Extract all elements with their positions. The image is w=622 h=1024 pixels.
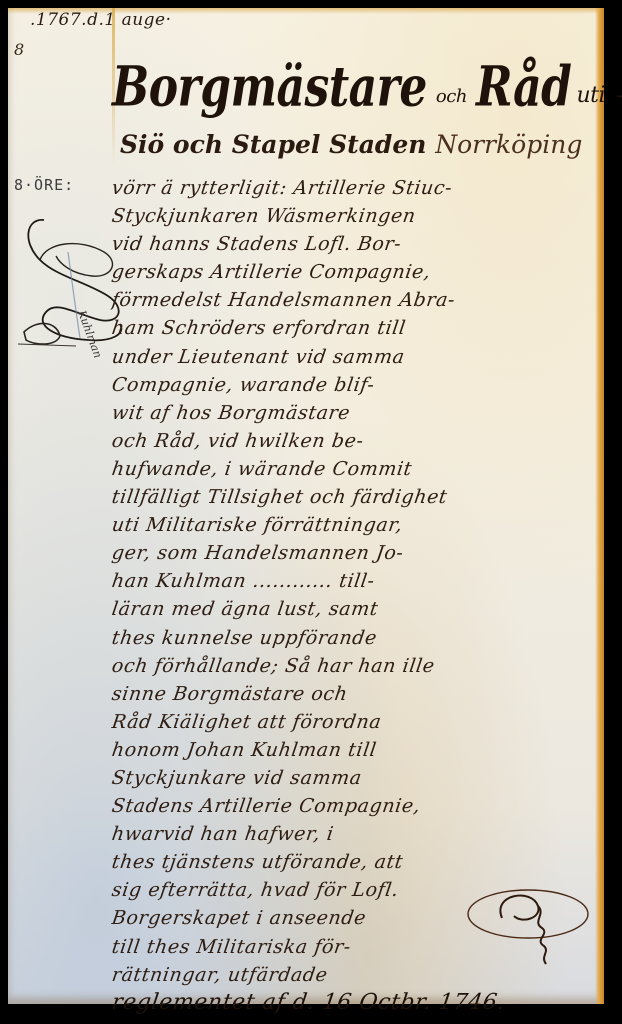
body-line: Råd Kiälighet att förordna: [110, 708, 600, 736]
body-line: Styckjunkaren Wäsmerkingen: [110, 202, 600, 230]
body-line: hwarvid han hafwer, i: [110, 820, 600, 848]
folio-number: 8: [14, 40, 24, 59]
body-line: sinne Borgmästare och: [110, 680, 600, 708]
body-line: vörr ä rytterligit: Artillerie Stiuc-: [110, 174, 600, 202]
body-line: ger, som Handelsmannen Jo-: [110, 539, 600, 567]
body-line: wit af hos Borgmästare: [110, 399, 600, 427]
heading-och: och: [436, 86, 467, 107]
body-line: läran med ägna lust, samt: [110, 595, 600, 623]
body-line: tillfälligt Tillsighet och färdighet: [110, 483, 600, 511]
body-line: under Lieutenant vid samma: [110, 343, 600, 371]
body-line: thes tjänstens utförande, att: [110, 848, 600, 876]
body-line: vid hanns Stadens Lofl. Bor-: [110, 230, 600, 258]
body-line: och Råd, vid hwilken be-: [110, 427, 600, 455]
body-line: ham Schröders erfordran till: [110, 314, 600, 342]
body-line: Compagnie, warande blif-: [110, 371, 600, 399]
heading-uti: uti: [576, 83, 605, 108]
body-line: Styckjunkare vid samma: [110, 764, 600, 792]
body-line: Stadens Artillerie Compagnie,: [110, 792, 600, 820]
body-line-final: reglementet af d. 16 Octbr. 1746.: [110, 989, 600, 1017]
bleed-through-text: [110, 960, 590, 990]
heading-line-1: Borgmästare och Råd uti —: [112, 62, 622, 113]
body-line: thes kunnelse uppförande: [110, 624, 600, 652]
margin-note: .1767.d.1 auge·: [30, 10, 172, 30]
stamp-duty-mark: 8·ÖRE:: [14, 176, 74, 194]
heading-line-2: Siö och Stapel Staden Norrköping: [120, 130, 582, 159]
heading-dash: —: [616, 83, 622, 108]
body-line: han Kuhlman ............ till-: [110, 567, 600, 595]
heading-rad: Råd: [476, 56, 571, 120]
body-line: gerskaps Artillerie Compagnie,: [110, 258, 600, 286]
body-line: honom Johan Kuhlman till: [110, 736, 600, 764]
body-line: förmedelst Handelsmannen Abra-: [110, 286, 600, 314]
paraph-signature-icon: [462, 884, 596, 966]
body-line: och förhållande; Så har han ille: [110, 652, 600, 680]
heading-borgmastare: Borgmästare: [112, 56, 427, 120]
heading-city: Norrköping: [435, 130, 582, 159]
body-line: hufwande, i wärande Commit: [110, 455, 600, 483]
heading-stapel-staden: Siö och Stapel Staden: [120, 130, 426, 159]
body-line: uti Militariske förrättningar,: [110, 511, 600, 539]
